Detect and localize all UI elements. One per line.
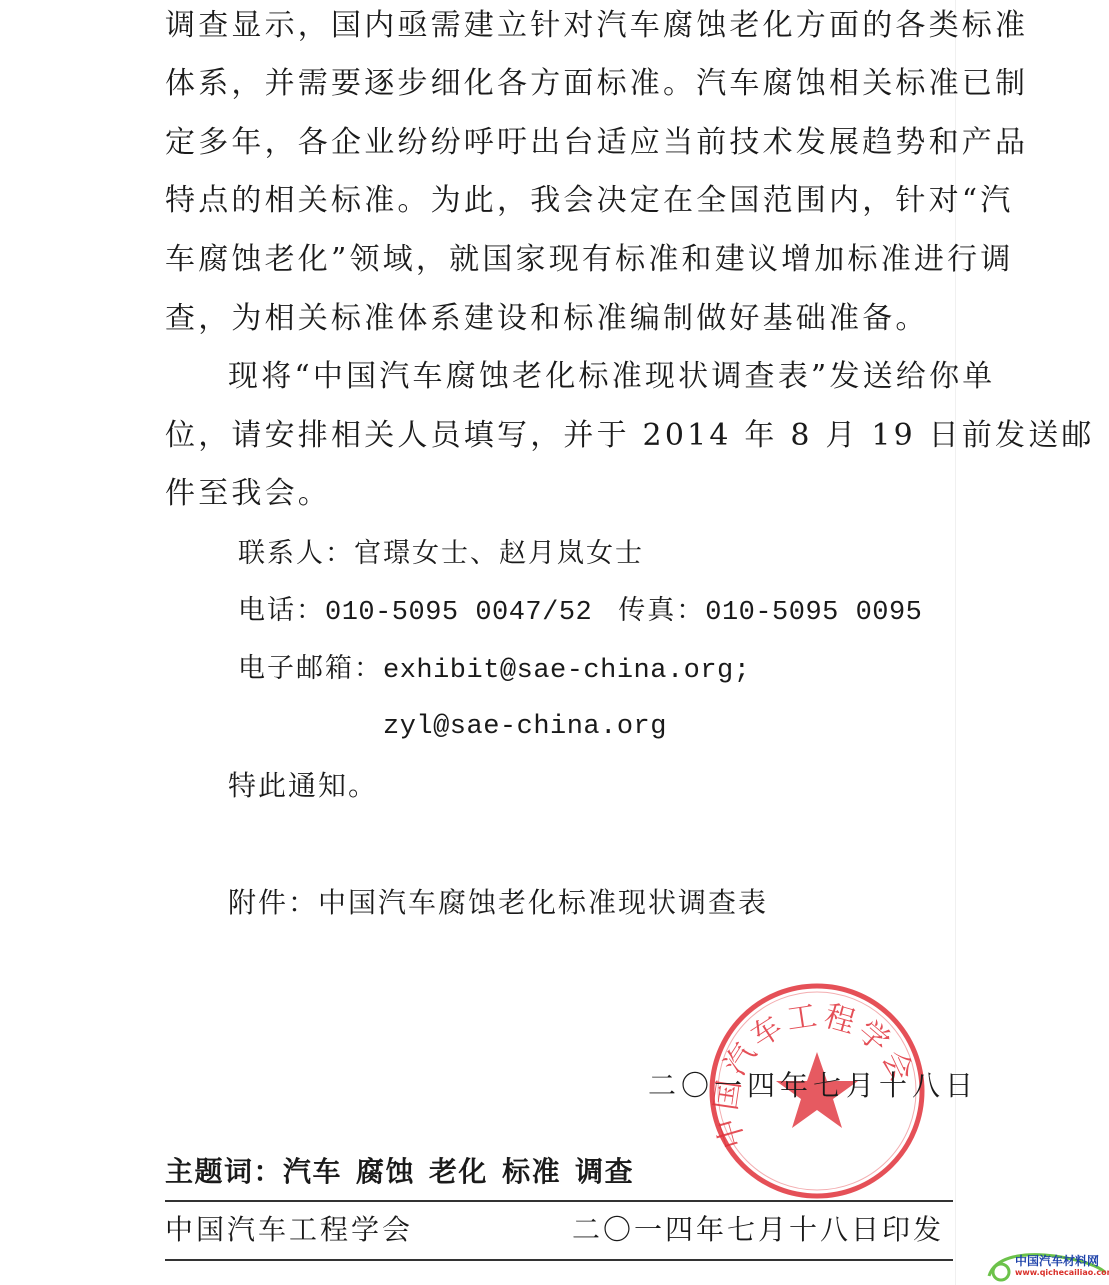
text-line: 特点的相关标准。为此，我会决定在全国范围内，针对“汽 <box>165 181 945 221</box>
contact-person-label: 联系人： <box>238 538 354 569</box>
keywords-line: 主题词：汽车腐蚀老化标准调查 <box>165 1152 648 1192</box>
keyword: 老化 <box>429 1155 488 1188</box>
keyword: 标准 <box>502 1155 561 1188</box>
phone-label: 电话： <box>238 595 325 626</box>
text-line: 件至我会。 <box>165 474 945 514</box>
attachment-value[interactable]: 中国汽车腐蚀老化标准现状调查表 <box>318 886 768 919</box>
site-watermark-logo: 中国汽车材料网 www.qichecailiao.com <box>985 1250 1107 1284</box>
text-line: 调查显示，国内亟需建立针对汽车腐蚀老化方面的各类标准 <box>165 6 945 46</box>
text-line: 位，请安排相关人员填写，并于 2014 年 8 月 19 日前发送邮 <box>165 416 945 456</box>
text-line: 体系，并需要逐步细化各方面标准。汽车腐蚀相关标准已制 <box>165 64 945 104</box>
keywords-label: 主题词： <box>165 1155 283 1188</box>
issuer-name: 中国汽车工程学会 <box>165 1210 413 1250</box>
signature-date: 二〇一四年七月十八日 <box>648 1066 978 1106</box>
attachment-label: 附件： <box>228 886 318 919</box>
issue-date: 二〇一四年七月十八日印发 <box>572 1210 944 1250</box>
text-line: 车腐蚀老化”领域，就国家现有标准和建议增加标准进行调 <box>165 240 945 280</box>
contact-phone-fax: 电话：010-5095 0047/52传真：010-5095 0095 <box>238 593 922 631</box>
contact-email: 电子邮箱：exhibit@sae-china.org; <box>238 651 750 689</box>
email-label: 电子邮箱： <box>238 653 383 684</box>
email-link-2[interactable]: zyl@sae-china.org <box>383 709 667 745</box>
text-line: 查，为相关标准体系建设和标准编制做好基础准备。 <box>165 299 945 339</box>
keyword: 调查 <box>575 1155 634 1188</box>
email-link-1[interactable]: exhibit@sae-china.org; <box>383 656 750 686</box>
text-line: 定多年，各企业纷纷呼吁出台适应当前技术发展趋势和产品 <box>165 123 945 163</box>
keyword: 汽车 <box>283 1155 342 1188</box>
contact-person-value: 官璟女士、赵月岚女士 <box>354 538 644 569</box>
phone-value: 010-5095 0047/52 <box>325 598 592 628</box>
fax-label: 传真： <box>618 595 705 626</box>
divider-bottom <box>165 1259 953 1261</box>
text-line: 现将“中国汽车腐蚀老化标准现状调查表”发送给你单 <box>228 357 1008 397</box>
attachment-line: 附件：中国汽车腐蚀老化标准现状调查表 <box>228 883 1008 923</box>
contact-person: 联系人：官璟女士、赵月岚女士 <box>238 536 644 572</box>
watermark-title: 中国汽车材料网 <box>1015 1252 1099 1269</box>
closing-text: 特此通知。 <box>228 766 1008 806</box>
fax-value: 010-5095 0095 <box>705 598 922 628</box>
watermark-url[interactable]: www.qichecailiao.com <box>1015 1268 1109 1277</box>
keyword: 腐蚀 <box>356 1155 415 1188</box>
